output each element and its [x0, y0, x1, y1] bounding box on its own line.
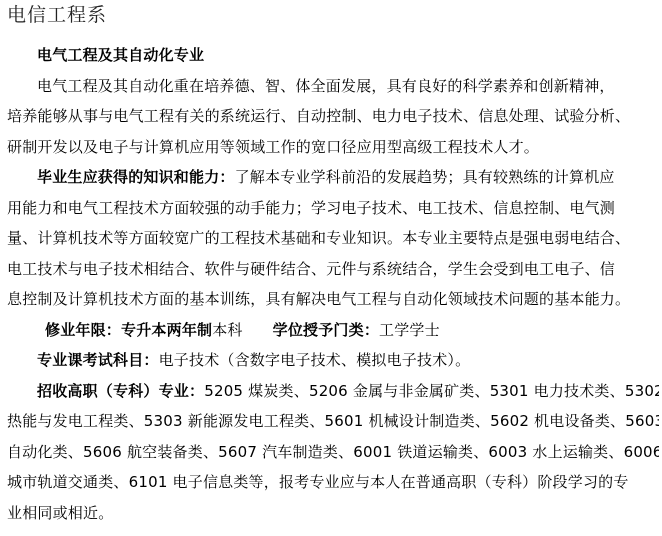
- exam-subject-label: 专业课考试科目：: [37, 351, 159, 369]
- admission-line: 业相同或相近。: [7, 498, 659, 529]
- intro-line: 电气工程及其自动化重在培养德、智、体全面发展，具有良好的科学素养和创新精神，: [7, 71, 659, 102]
- admission-line-first: 招收高职（专科）专业：5205 煤炭类、5206 金属与非金属矿类、5301 电…: [7, 376, 659, 407]
- admission-line: 热能与发电工程类、5303 新能源发电工程类、5601 机械设计制造类、5602…: [7, 406, 659, 437]
- abilities-line: 息控制及计算机技术方面的基本训练，具有解决电气工程与自动化领域技术问题的基本能力…: [7, 284, 659, 315]
- degree-label: 学位授予门类：: [273, 321, 379, 339]
- admission-label: 招收高职（专科）专业：: [37, 382, 204, 400]
- major-description: 电气工程及其自动化专业 电气工程及其自动化重在培养德、智、体全面发展，具有良好的…: [7, 40, 659, 528]
- abilities-line-first: 毕业生应获得的知识和能力：了解本专业学科前沿的发展趋势；具有较熟练的计算机应: [7, 162, 659, 193]
- department-title: 电信工程系: [7, 2, 107, 28]
- intro-line: 培养能够从事与电气工程有关的系统运行、自动控制、电力电子技术、信息处理、试验分析…: [7, 101, 659, 132]
- abilities-line: 量、计算机技术等方面较宽广的工程技术基础和专业知识。本专业主要特点是强电弱电结合…: [7, 223, 659, 254]
- major-title: 电气工程及其自动化专业: [7, 40, 659, 71]
- duration-label: 修业年限：: [45, 321, 121, 339]
- duration-value: 本科: [212, 321, 242, 339]
- degree-value: 工学学士: [379, 321, 440, 339]
- duration-degree-line: 修业年限：专升本两年制本科学位授予门类：工学学士: [7, 315, 659, 346]
- abilities-line: 电工技术与电子技术相结合、软件与硬件结合、元件与系统结合，学生会受到电工电子、信: [7, 254, 659, 285]
- admission-line: 城市轨道交通类、6101 电子信息类等，报考专业应与本人在普通高职（专科）阶段学…: [7, 467, 659, 498]
- abilities-text: 了解本专业学科前沿的发展趋势；具有较熟练的计算机应: [235, 168, 615, 186]
- admission-line: 自动化类、5606 航空装备类、5607 汽车制造类、6001 铁道运输类、60…: [7, 437, 659, 468]
- abilities-label: 毕业生应获得的知识和能力：: [37, 168, 235, 186]
- exam-subject-line: 专业课考试科目：电子技术（含数字电子技术、模拟电子技术）。: [7, 345, 659, 376]
- duration-value-bold: 专升本两年制: [121, 321, 212, 339]
- admission-text: 5205 煤炭类、5206 金属与非金属矿类、5301 电力技术类、5302: [204, 382, 659, 400]
- exam-subject-value: 电子技术（含数字电子技术、模拟电子技术）。: [159, 351, 471, 369]
- intro-line: 研制开发以及电子与计算机应用等领域工作的宽口径应用型高级工程技术人才。: [7, 132, 659, 163]
- abilities-line: 用能力和电气工程技术方面较强的动手能力；学习电子技术、电工技术、信息控制、电气测: [7, 193, 659, 224]
